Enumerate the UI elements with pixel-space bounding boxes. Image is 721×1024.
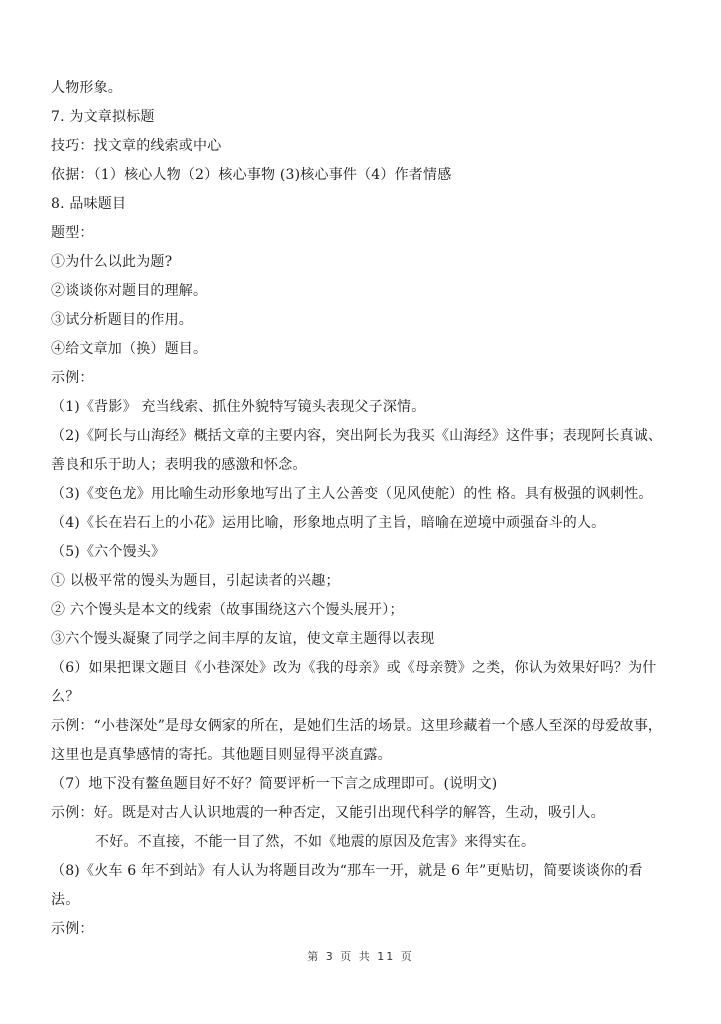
list-item: ④给文章加（换）题目。 xyxy=(51,335,671,364)
example-item: （6）如果把课文题目《小巷深处》改为《我的母亲》或《母亲赞》之类，你认为效果好吗… xyxy=(51,654,671,683)
example-item: （4)《长在岩石上的小花》运用比喻，形象地点明了主旨，暗喻在逆境中顽强奋斗的人。 xyxy=(51,509,671,538)
list-item: ③试分析题目的作用。 xyxy=(51,306,671,335)
section-heading-7: 7. 为文章拟标题 xyxy=(51,103,671,132)
text-line: 不好。不直接，不能一目了然，不如《地震的原因及危害》来得实在。 xyxy=(51,828,671,857)
example-item: （2)《阿长与山海经》概括文章的主要内容，突出阿长为我买《山海经》这件事；表现阿… xyxy=(51,422,671,451)
text-line: 技巧：找文章的线索或中心 xyxy=(51,132,671,161)
text-line: 善良和乐于助人；表明我的感激和怀念。 xyxy=(51,451,671,480)
page-number-footer: 第 3 页 共 11 页 xyxy=(0,948,721,964)
text-line: 么？ xyxy=(51,683,671,712)
list-item: ①为什么以此为题? xyxy=(51,248,671,277)
text-line: 示例：好。既是对古人认识地震的一种否定，又能引出现代科学的解答，生动，吸引人。 xyxy=(51,799,671,828)
example-item: （8)《火车 6 年不到站》有人认为将题目改为“那车一开，就是 6 年”更贴切，… xyxy=(51,857,671,886)
example-item: （5)《六个馒头》 xyxy=(51,538,671,567)
list-item: ① 以极平常的馒头为题目，引起读者的兴趣； xyxy=(51,567,671,596)
list-item: ③六个馒头凝聚了同学之间丰厚的友谊，使文章主题得以表现 xyxy=(51,625,671,654)
text-line: 示例：“小巷深处”是母女俩家的所在，是她们生活的场景。这里珍藏着一个感人至深的母… xyxy=(51,712,671,741)
text-line: 人物形象。 xyxy=(51,74,671,103)
text-line: 依据：（1）核心人物（2）核心事物 (3)核心事件（4）作者情感 xyxy=(51,161,671,190)
document-page: 人物形象。 7. 为文章拟标题 技巧：找文章的线索或中心 依据：（1）核心人物（… xyxy=(51,74,671,944)
text-line: 示例： xyxy=(51,915,671,944)
section-heading-8: 8. 品味题目 xyxy=(51,190,671,219)
text-line: 法。 xyxy=(51,886,671,915)
list-item: ②谈谈你对题目的理解。 xyxy=(51,277,671,306)
example-item: （1)《背影》 充当线索、抓住外貌特写镜头表现父子深情。 xyxy=(51,393,671,422)
example-item: （7）地下没有鳌鱼题目好不好？简要评析一下言之成理即可。(说明文) xyxy=(51,770,671,799)
list-item: ② 六个馒头是本文的线索（故事围绕这六个馒头展开）； xyxy=(51,596,671,625)
example-item: （3)《变色龙》用比喻生动形象地写出了主人公善变（见风使舵）的性 格。具有极强的… xyxy=(51,480,671,509)
text-line: 示例： xyxy=(51,364,671,393)
text-line: 题型： xyxy=(51,219,671,248)
text-line: 这里也是真挚感情的寄托。其他题目则显得平淡直露。 xyxy=(51,741,671,770)
